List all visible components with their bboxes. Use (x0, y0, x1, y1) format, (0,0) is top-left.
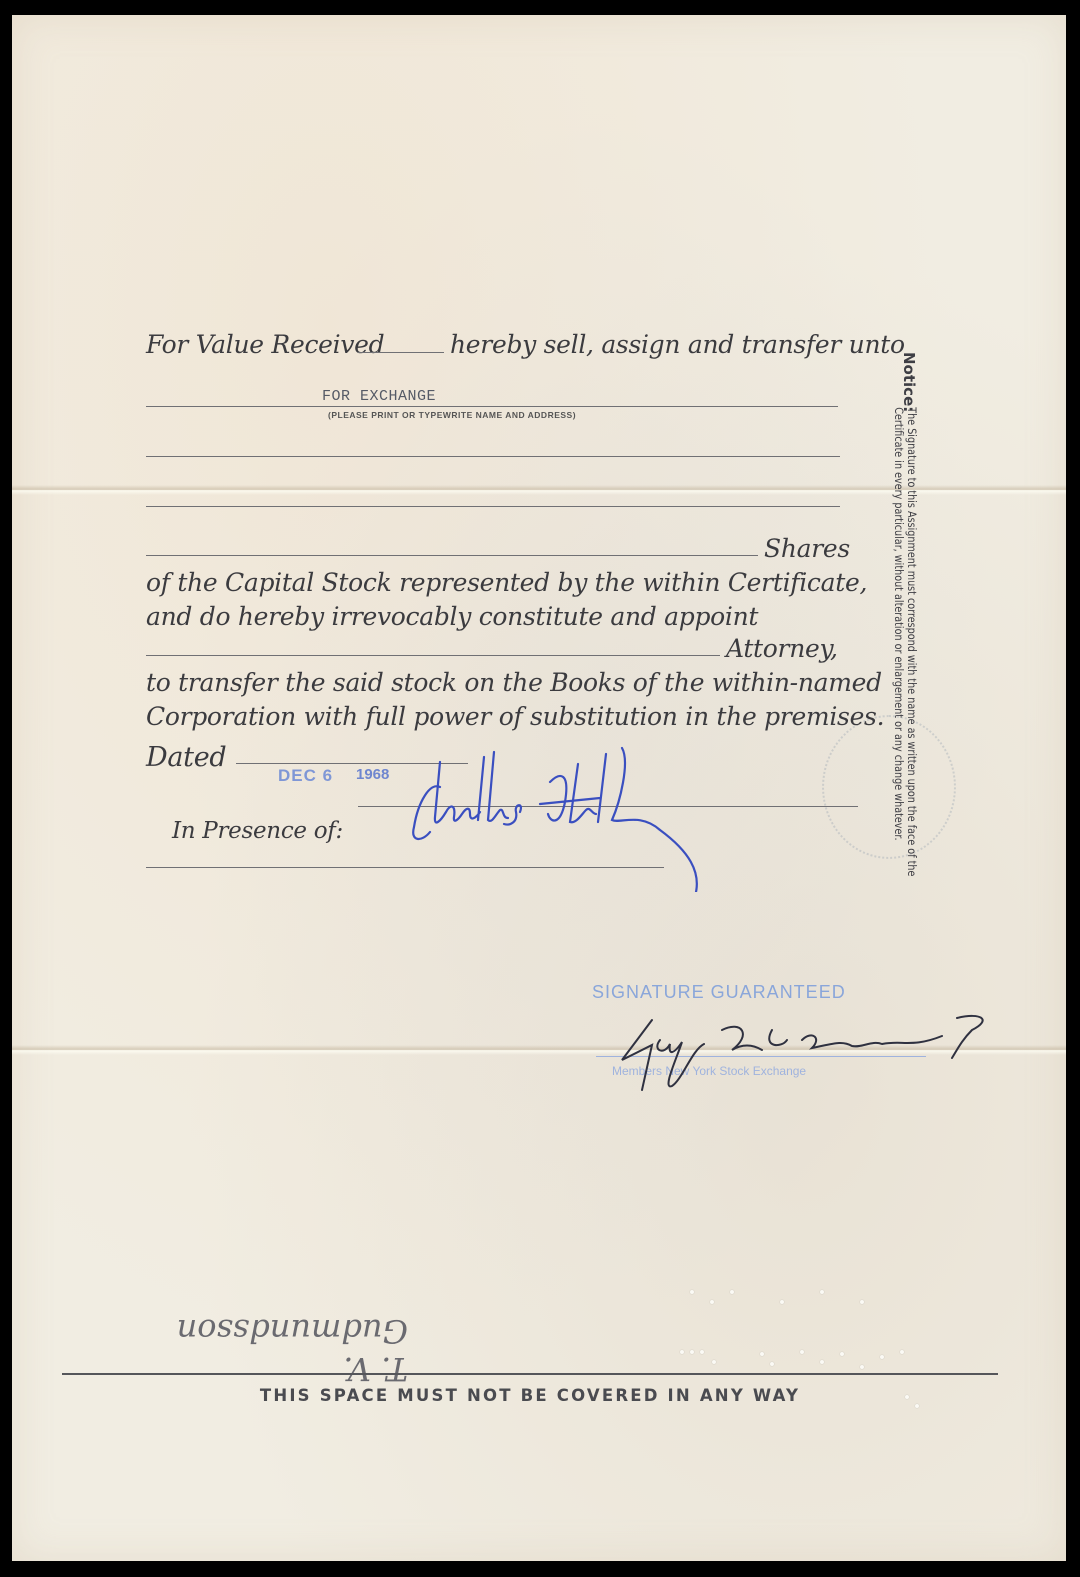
transfer-text: to transfer the said stock on the Books … (146, 668, 882, 697)
date-stamp-month-day: DEC 6 (278, 766, 333, 786)
inverted-pencil-signature: T. V. Gudmundsson (148, 1312, 408, 1388)
corporation-text: Corporation with full power of substitut… (146, 702, 884, 731)
signature-notice: Notice: The Signature to this Assignment… (848, 352, 918, 882)
notice-body: The Signature to this Assignment must co… (892, 352, 918, 885)
attorney-label: Attorney, (726, 634, 838, 663)
for-value-received-label: For Value Received (146, 330, 384, 359)
assignee-line-3[interactable] (146, 506, 840, 507)
value-blank-line[interactable] (358, 352, 444, 353)
shares-label: Shares (764, 534, 850, 563)
date-stamp-year: 1968 (356, 766, 389, 783)
dated-label: Dated (146, 742, 226, 773)
protected-space-warning: THIS SPACE MUST NOT BE COVERED IN ANY WA… (62, 1386, 998, 1405)
charles-hall-signature (400, 742, 730, 892)
assignee-typed-text: FOR EXCHANGE (322, 388, 436, 405)
assignee-caption: (PLEASE PRINT OR TYPEWRITE NAME AND ADDR… (328, 410, 576, 420)
in-presence-label: In Presence of: (172, 818, 343, 844)
shares-blank-line[interactable] (146, 555, 758, 556)
sell-assign-transfer-label: hereby sell, assign and transfer unto (450, 330, 905, 359)
witness-line[interactable] (146, 867, 664, 868)
protected-space-rule (62, 1373, 998, 1375)
capital-stock-text: of the Capital Stock represented by the … (146, 568, 867, 597)
guarantor-signature (612, 1000, 1012, 1100)
attorney-blank-line[interactable] (146, 655, 720, 656)
assignee-line-2[interactable] (146, 456, 840, 457)
appoint-text: and do hereby irrevocably constitute and… (146, 602, 758, 631)
assignee-line-1[interactable] (146, 406, 838, 407)
